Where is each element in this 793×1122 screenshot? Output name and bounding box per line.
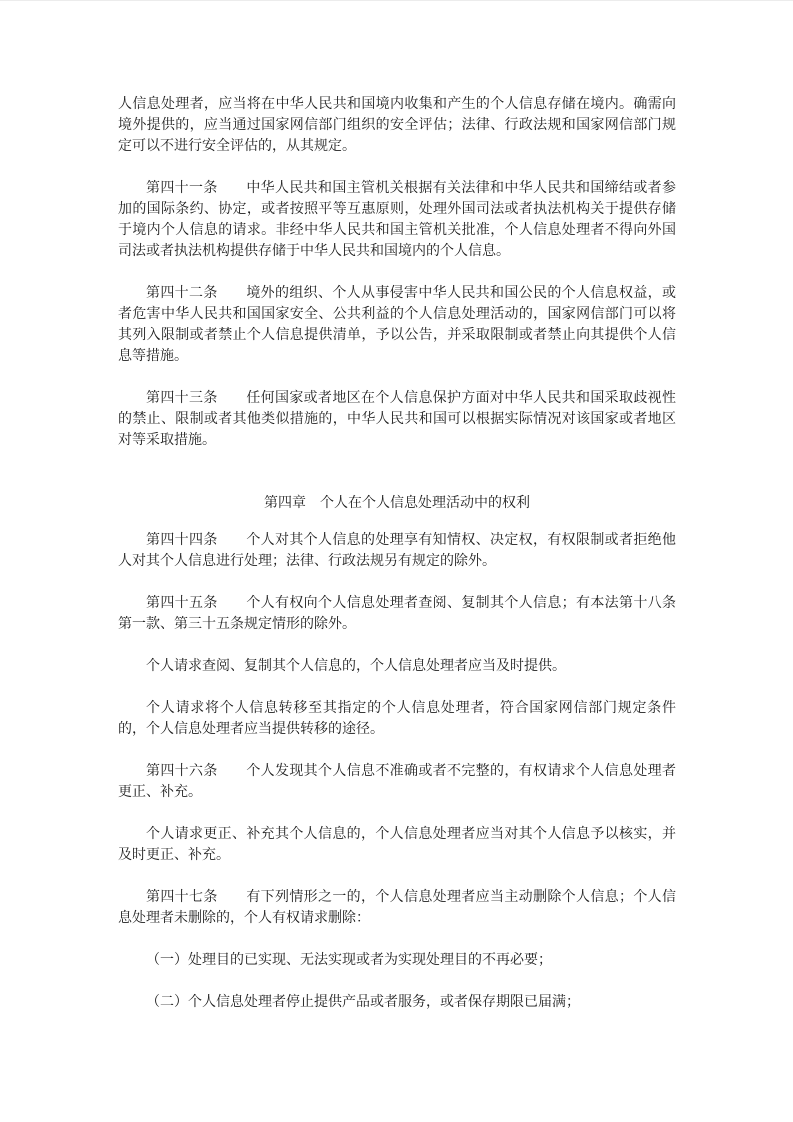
paragraph-article-41: 第四十一条 中华人民共和国主管机关根据有关法律和中华人民共和国缔结或者参加的国际…: [118, 178, 676, 262]
paragraph-article-47-item-1: （一）处理目的已实现、无法实现或者为实现处理目的不再必要；: [118, 950, 676, 971]
paragraph-continuation-article-40: 人信息处理者，应当将在中华人民共和国境内收集和产生的个人信息存储在境内。确需向境…: [118, 94, 676, 157]
paragraph-article-45: 第四十五条 个人有权向个人信息处理者查阅、复制其个人信息；有本法第十八条第一款、…: [118, 593, 676, 635]
document-page: 人信息处理者，应当将在中华人民共和国境内收集和产生的个人信息存储在境内。确需向境…: [0, 0, 793, 1122]
paragraph-article-46-clause-2: 个人请求更正、补充其个人信息的，个人信息处理者应当对其个人信息予以核实，并及时更…: [118, 824, 676, 866]
paragraph-article-45-clause-2: 个人请求查阅、复制其个人信息的，个人信息处理者应当及时提供。: [118, 656, 676, 677]
paragraph-article-45-clause-3: 个人请求将个人信息转移至其指定的个人信息处理者，符合国家网信部门规定条件的，个人…: [118, 698, 676, 740]
paragraph-article-43: 第四十三条 任何国家或者地区在个人信息保护方面对中华人民共和国采取歧视性的禁止、…: [118, 388, 676, 451]
paragraph-article-47-item-2: （二）个人信息处理者停止提供产品或者服务，或者保存期限已届满；: [118, 992, 676, 1013]
paragraph-article-44: 第四十四条 个人对其个人信息的处理享有知情权、决定权，有权限制或者拒绝他人对其个…: [118, 530, 676, 572]
document-body: 人信息处理者，应当将在中华人民共和国境内收集和产生的个人信息存储在境内。确需向境…: [118, 94, 676, 1034]
paragraph-article-47: 第四十七条 有下列情形之一的，个人信息处理者应当主动删除个人信息；个人信息处理者…: [118, 887, 676, 929]
paragraph-article-42: 第四十二条 境外的组织、个人从事侵害中华人民共和国公民的个人信息权益，或者危害中…: [118, 283, 676, 367]
chapter-heading: 第四章 个人在个人信息处理活动中的权利: [118, 493, 676, 514]
paragraph-article-46: 第四十六条 个人发现其个人信息不准确或者不完整的，有权请求个人信息处理者更正、补…: [118, 761, 676, 803]
